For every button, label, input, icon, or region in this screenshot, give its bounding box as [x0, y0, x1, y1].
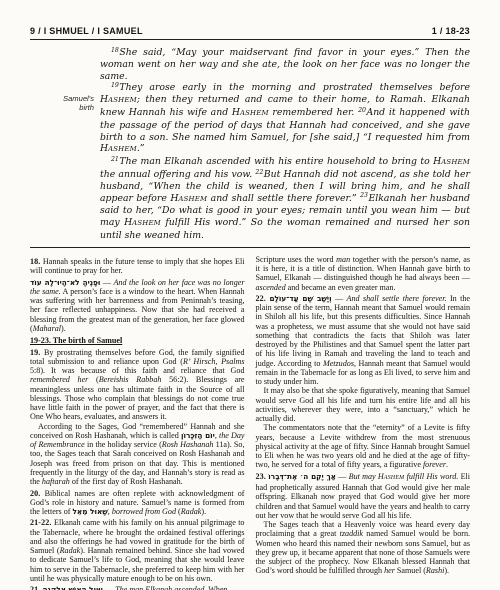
commentary-entry: Scripture uses the word man together wit…: [256, 255, 471, 292]
hebrew-phrase: וּפָנֶיהָ לֹא־הָיוּ־לָהּ עוֹד: [30, 278, 100, 287]
translation-paragraph: 19They arose early in the morning and pr…: [100, 82, 470, 156]
verse-number: 23: [360, 192, 368, 199]
commentary-entry: The Sages teach that a Heavenly voice wa…: [256, 520, 471, 576]
hashem-smallcaps: HASHEM: [100, 143, 137, 154]
hebrew-phrase: וְיָשַׁב שָׁם עַד־עוֹלָם: [269, 294, 331, 303]
page-header: 9 / I SHMUEL / I SAMUEL 1 / 18-23: [30, 26, 470, 36]
commentary-column-left: 18. Hannah speaks in the future tense to…: [30, 255, 245, 590]
header-chapter-verses: 1 / 18-23: [432, 26, 470, 36]
commentary-entry: 23. אַךְ יָקֵם ה׳ אֶת־דְּבָרוֹ — But may…: [256, 470, 471, 520]
commentary-entry: 22. וְיָשַׁב שָׁם עַד־עוֹלָם — And shall…: [256, 292, 471, 387]
commentary-entry: 18. Hannah speaks in the future tense to…: [30, 255, 245, 276]
translation-paragraph: 18She said, “May your maidservant find f…: [100, 47, 470, 82]
commentary-divider-rule: [30, 247, 470, 248]
commentary-entry: 20. Biblical names are often replete wit…: [30, 486, 245, 516]
commentary-entry: It may also be that she spoke figurative…: [256, 386, 471, 423]
translation-paragraph: 21The man Elkanah ascended with his enti…: [100, 156, 470, 242]
commentary-entry: The commentators note that the “eternity…: [256, 423, 471, 469]
translation-paragraphs: 18She said, “May your maidservant find f…: [100, 47, 470, 242]
hashem-smallcaps: HASHEM: [124, 217, 161, 228]
hashem-smallcaps: HASHEM: [100, 94, 137, 105]
commentary-entry: According to the Sages, God “remembered”…: [30, 422, 245, 487]
hashem-smallcaps: HASHEM: [433, 156, 470, 167]
verse-number: 22: [255, 169, 263, 176]
margin-note: Samuel's birth: [30, 95, 94, 112]
commentary-entry: 19. By prostrating themselves before God…: [30, 345, 245, 421]
verse-number: 19: [111, 82, 119, 89]
verse-number: 20: [358, 107, 366, 114]
hashem-smallcaps: HASHEM: [170, 193, 207, 204]
hebrew-phrase: אַךְ יָקֵם ה׳ אֶת־דְּבָרוֹ: [268, 472, 336, 481]
hebrew-phrase: שָׁאוּל מֵאֵל: [72, 507, 107, 516]
verse-number: 21: [111, 156, 119, 163]
commentary-section: 18. Hannah speaks in the future tense to…: [30, 255, 470, 590]
hashem-smallcaps: HASHEM: [378, 472, 404, 481]
verse-number: 18: [111, 47, 119, 54]
hebrew-phrase: וַיַּעַל הָאִישׁ אֶלְקָנָה: [43, 585, 103, 590]
commentary-column-right: Scripture uses the word man together wit…: [256, 255, 471, 590]
commentary-heading: 19-23. The birth of Samuel: [30, 333, 245, 345]
margin-note-line2: birth: [30, 104, 94, 113]
translation-section: Samuel's birth 18She said, “May your mai…: [30, 47, 470, 242]
commentary-entry: 21. וַיַּעַל הָאִישׁ אֶלְקָנָה — The man…: [30, 583, 245, 590]
header-rule: [30, 39, 470, 40]
hashem-smallcaps: HASHEM: [232, 107, 269, 118]
book-page: 9 / I SHMUEL / I SAMUEL 1 / 18-23 Samuel…: [0, 0, 500, 590]
header-book-title: 9 / I SHMUEL / I SAMUEL: [30, 26, 143, 36]
commentary-entry: וּפָנֶיהָ לֹא־הָיוּ־לָהּ עוֹד — And the …: [30, 275, 245, 333]
hebrew-phrase: יוֹם הַזִּכָּרוֹן: [181, 431, 215, 440]
commentary-entry: 21-22. Elkanah came with his family on h…: [30, 516, 245, 583]
